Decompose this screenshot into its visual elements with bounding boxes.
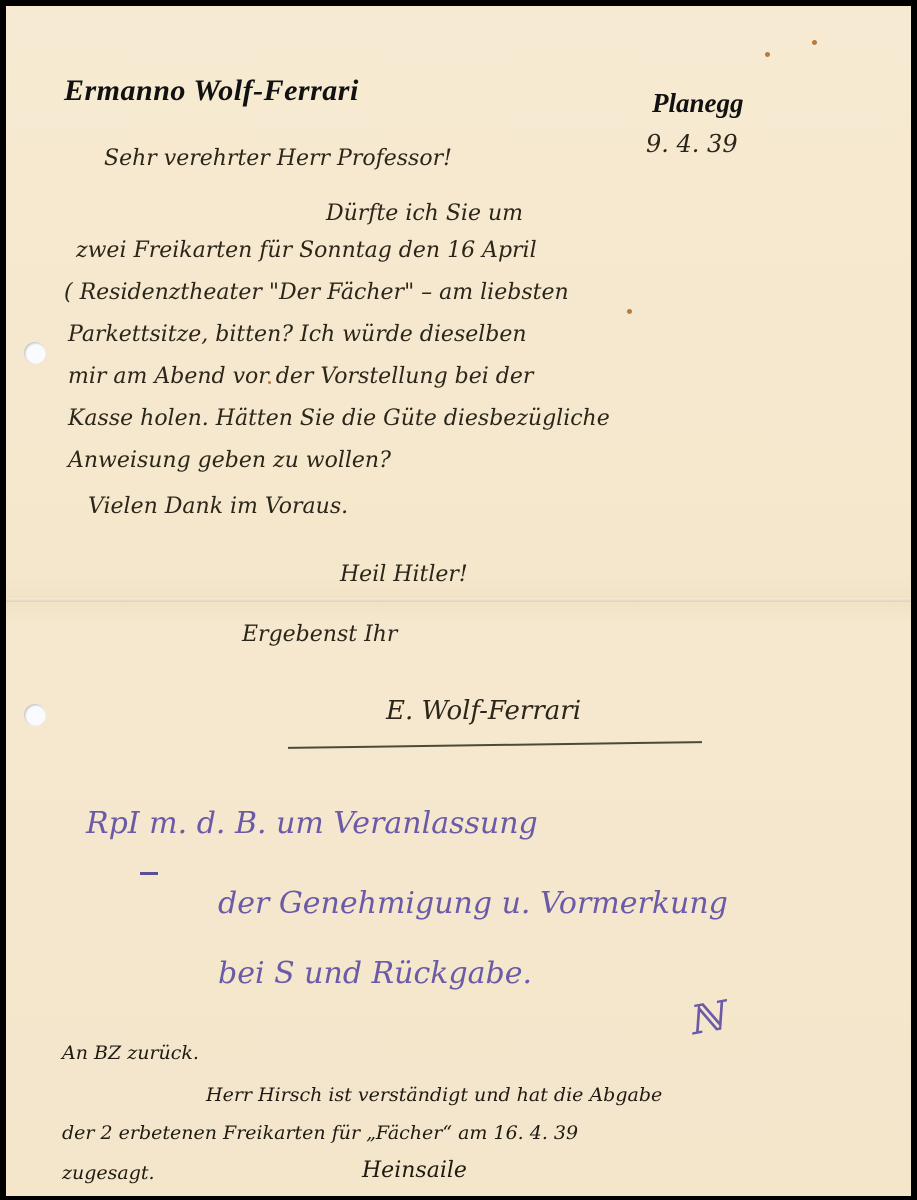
annotation-black-line: Herr Hirsch ist verständigt und hat die … [206,1084,662,1106]
closing-greeting: Heil Hitler! [340,562,468,587]
closing: Ergebenst Ihr [242,622,397,647]
body-line: Parkettsitze, bitten? Ich würde dieselbe… [68,322,527,347]
annotation-violet-line: der Genehmigung u. Vormerkung [218,886,728,921]
letterhead-place: Planegg [652,88,744,119]
punch-hole [24,704,46,726]
stain-spot [765,52,770,57]
annotation-violet-line: RpI m. d. B. um Veranlassung [86,806,538,841]
body-line: zwei Freikarten für Sonntag den 16 April [76,238,537,263]
body-line: Anweisung geben zu wollen? [68,448,391,473]
annotation-black-line: An BZ zurück. [62,1042,199,1064]
body-line: Kasse holen. Hätten Sie die Güte diesbez… [68,406,610,431]
paper-fold [6,598,911,602]
punch-hole [24,342,46,364]
stain-spot [812,40,817,45]
salutation: Sehr verehrter Herr Professor! [104,146,452,171]
annotation-signature: Heinsaile [362,1158,467,1183]
annotation-violet-line: bei S und Rückgabe. [218,956,532,991]
signature-underline [288,741,702,749]
body-line: Dürfte ich Sie um [326,201,523,226]
body-line: ( Residenztheater "Der Fächer" – am lieb… [64,280,569,305]
annotation-black-line: zugesagt. [62,1162,155,1184]
letter-date: 9. 4. 39 [646,130,738,158]
letterhead-name: Ermanno Wolf-Ferrari [64,74,359,108]
annotation-initials: ℕ [684,993,728,1045]
body-line: mir am Abend vor der Vorstellung bei der [68,364,533,389]
letter-page: Ermanno Wolf-Ferrari Planegg 9. 4. 39 Se… [6,6,911,1196]
annotation-underline [140,872,158,875]
stain-spot [627,309,632,314]
signature: E. Wolf-Ferrari [386,696,581,726]
body-line: Vielen Dank im Voraus. [88,494,348,519]
annotation-black-line: der 2 erbetenen Freikarten für „Fächer“ … [62,1122,578,1144]
